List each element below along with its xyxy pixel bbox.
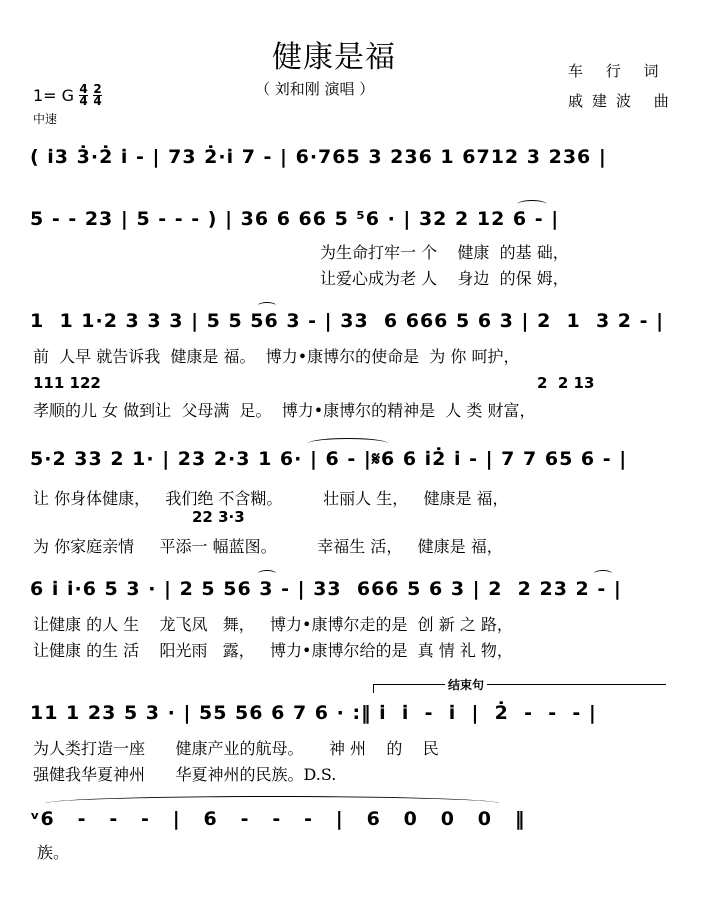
staff-line-1: ( i̇3 3̇·2̇ i̇ - | 73 2̇·i̇ 7 - | 6·765 …	[30, 146, 678, 180]
ending-bracket	[373, 684, 666, 693]
tie-mark	[517, 200, 547, 209]
lyric-verse-2: 让爱心成为老 人 身边 的保 姆，	[320, 266, 569, 289]
variant-notes: 22 3·3	[192, 508, 245, 526]
notation: 5·2 33 2 1· | 23 2·3 1 6· | 6 - |𝄋6 6 i̇…	[30, 448, 627, 470]
variant-notes: 2 2 13	[537, 374, 594, 392]
staff-line-5: 6 i̇ i̇·6 5 3 · | 2 5 56 3 - | 33 666 5 …	[30, 578, 678, 612]
ending-label: 结束句	[445, 676, 487, 693]
notation: ( i̇3 3̇·2̇ i̇ - | 73 2̇·i̇ 7 - | 6·765 …	[30, 146, 607, 168]
composer-credit: 戚建波 曲	[568, 90, 678, 111]
lyric-verse-1: 为人类打造一座 健康产业的航母。 神 州 的 民	[33, 736, 439, 759]
tempo-marking: 中速	[33, 110, 57, 127]
key-signature: 1= G 4 4 2 4	[33, 84, 102, 107]
notation: 1 1 1·2 3 3 3 | 5 5 56 3 - | 33 6 666 5 …	[30, 310, 664, 332]
variant-notes: 111 122	[33, 374, 101, 392]
singer-credit: （ 刘和刚 演唱 ）	[255, 78, 374, 99]
key-label: 1= G	[33, 86, 74, 105]
ts-bottom: 4	[93, 96, 101, 107]
lyric-verse-1: 让健康 的人 生 龙飞凤 舞， 博力•康博尔走的是 创 新 之 路，	[33, 612, 513, 635]
lyric-verse-1: 前 人早 就告诉我 健康是 福。 博力•康博尔的使命是 为 你 呵护，	[33, 344, 519, 367]
lyric-verse-1: 让 你身体健康， 我们绝 不含糊。 壮丽人 生， 健康是 福，	[33, 486, 509, 509]
time-signature-4-4: 4 4	[79, 84, 88, 107]
tie-mark	[594, 570, 612, 577]
tie-mark	[258, 302, 276, 309]
staff-line-3: 1 1 1·2 3 3 3 | 5 5 56 3 - | 33 6 666 5 …	[30, 310, 678, 344]
lyric-verse-2: 强健我华夏神州 华夏神州的民族。D.S.	[33, 762, 336, 785]
notation: 5 - - 23 | 5 - - - ) | 36 6 66 5 ⁵6 · | …	[30, 208, 559, 230]
staff-line-7: ᵛ6 - - - | 6 - - - | 6 0 0 0 ‖	[30, 808, 678, 842]
notation: 6 i̇ i̇·6 5 3 · | 2 5 56 3 - | 33 666 5 …	[30, 578, 622, 600]
tie-mark	[258, 570, 276, 577]
tie-mark	[308, 438, 388, 449]
staff-line-6: 11 1 23 5 3 · | 55 56 6 7 6 · :‖ i̇ i̇ -…	[30, 702, 678, 736]
lyric-verse-2: 为 你家庭亲情 平添一 幅蓝图。 幸福生 活， 健康是 福，	[33, 534, 503, 557]
notation: ᵛ6 - - - | 6 - - - | 6 0 0 0 ‖	[30, 808, 525, 830]
staff-line-4: 5·2 33 2 1· | 23 2·3 1 6· | 6 - |𝄋6 6 i̇…	[30, 448, 678, 482]
staff-line-2: 5 - - 23 | 5 - - - ) | 36 6 66 5 ⁵6 · | …	[30, 208, 678, 242]
lyric-verse-1: 族。	[37, 840, 69, 863]
lyricist-credit: 车 行 词	[568, 60, 668, 81]
lyric-verse-2: 孝顺的儿 女 做到让 父母满 足。 博力•康博尔的精神是 人 类 财富，	[33, 398, 535, 421]
notation: 11 1 23 5 3 · | 55 56 6 7 6 · :‖ i̇ i̇ -…	[30, 702, 597, 724]
ts-bottom: 4	[79, 96, 87, 107]
lyric-verse-2: 让健康 的生 活 阳光雨 露， 博力•康博尔给的是 真 情 礼 物，	[33, 638, 513, 661]
lyric-verse-1: 为生命打牢一 个 健康 的基 础，	[320, 240, 569, 263]
time-signature-2-4: 2 4	[93, 84, 102, 107]
